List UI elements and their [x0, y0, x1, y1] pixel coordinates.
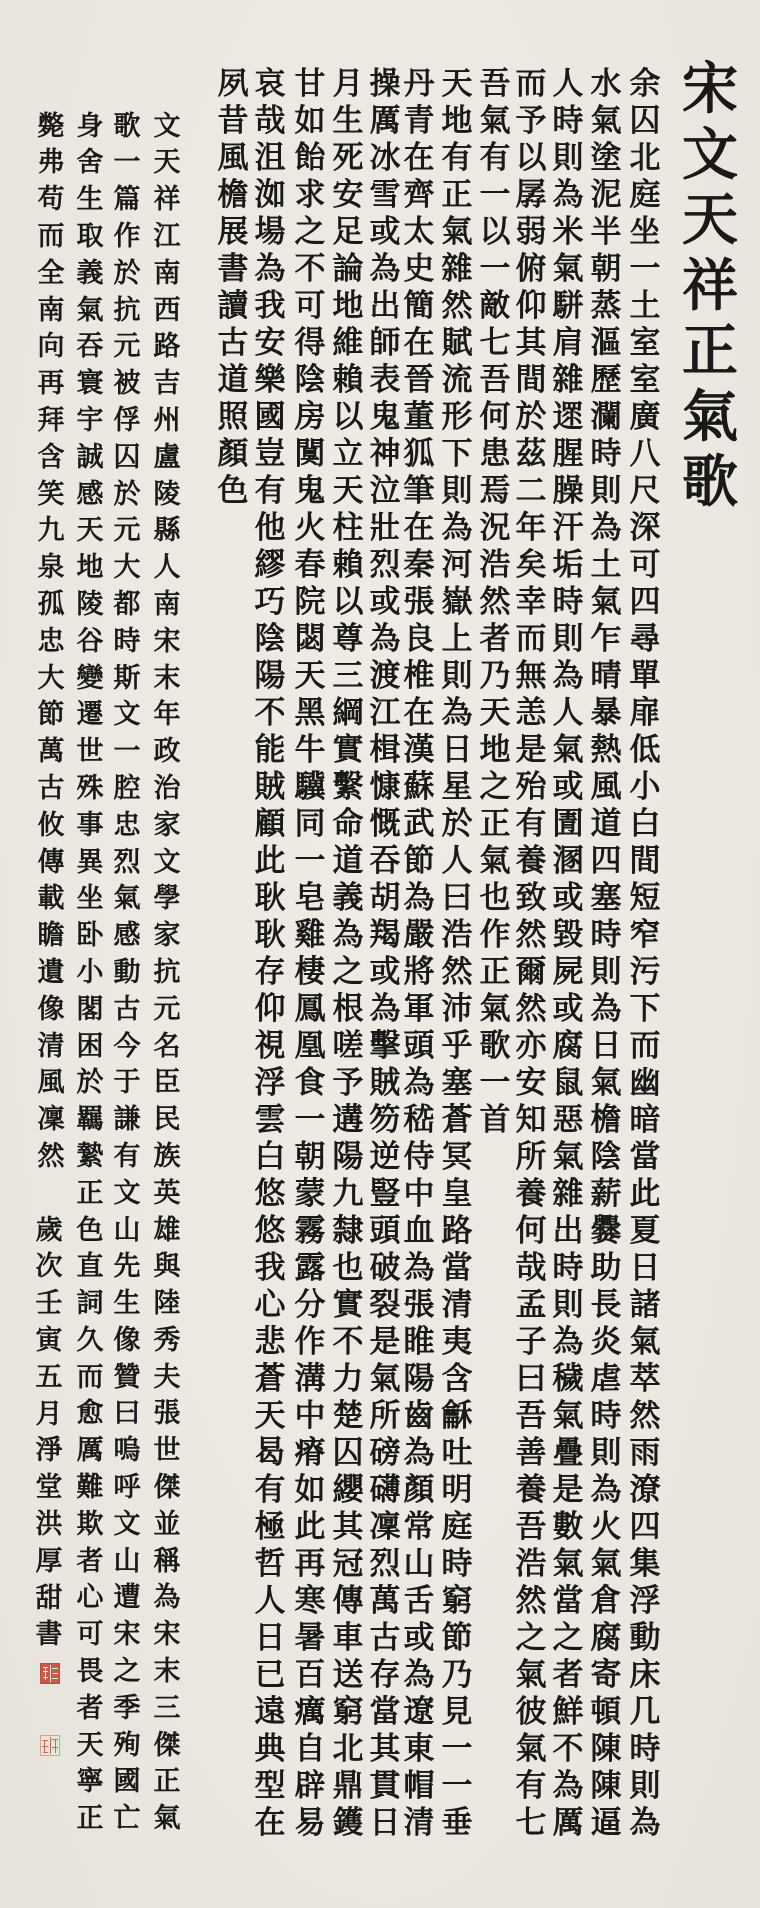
- character: 治: [149, 771, 185, 808]
- character: 氣: [550, 1139, 586, 1176]
- character: 蒸: [588, 288, 624, 325]
- character: 夫: [149, 1360, 185, 1397]
- character: 為: [401, 880, 437, 917]
- character: 師: [367, 325, 403, 362]
- character: 實: [330, 732, 366, 769]
- preface-column: 而予以孱弱俯仰其間於茲二年矣幸而無恙是殆有養致然爾然亦安知所養何哉孟子曰吾善養吾…: [513, 66, 549, 1842]
- character: 逆: [367, 1139, 403, 1176]
- character: 畏: [72, 1654, 108, 1691]
- character: 則: [588, 954, 624, 991]
- character: 驥: [292, 769, 328, 806]
- character: 五: [31, 1360, 67, 1397]
- character: 臊: [550, 473, 586, 510]
- character: 次: [31, 1249, 67, 1286]
- character: 歌: [477, 1028, 513, 1065]
- character: 拜: [33, 403, 69, 440]
- character: 之: [477, 769, 513, 806]
- character: 季: [109, 1691, 145, 1728]
- character: 垂: [439, 1805, 475, 1842]
- character: 卧: [72, 918, 108, 955]
- character: 我: [252, 1250, 288, 1287]
- character: 流: [439, 362, 475, 399]
- character: 我: [252, 288, 288, 325]
- character: 視: [252, 1028, 288, 1065]
- character: 氣: [550, 1398, 586, 1435]
- character: 夷: [439, 1324, 475, 1361]
- character: 庭: [439, 1509, 475, 1546]
- character: 鳳: [292, 991, 328, 1028]
- character: 磅: [367, 1435, 403, 1472]
- character: 冠: [330, 1546, 366, 1583]
- character: 礴: [367, 1472, 403, 1509]
- character: 政: [149, 734, 185, 771]
- character: 像: [33, 992, 69, 1029]
- character: 謙: [109, 1102, 145, 1139]
- character: 何: [513, 1213, 549, 1250]
- character: 作: [292, 1324, 328, 1361]
- character: 氣: [477, 843, 513, 880]
- character: 遷: [72, 697, 108, 734]
- character: 之: [109, 1654, 145, 1691]
- character: 於: [513, 399, 549, 436]
- character: 窄: [627, 917, 663, 954]
- character: 讀: [215, 288, 251, 325]
- character: 烈: [367, 1546, 403, 1583]
- character: 四: [588, 843, 624, 880]
- character: 山: [401, 1546, 437, 1583]
- character: 曰: [513, 1361, 549, 1398]
- character: 几: [627, 1694, 663, 1731]
- poem-column: 丹青在齊太史簡在晉董狐筆在秦張良椎在漢蘇武節為嚴將軍頭為嵇侍中血為張睢陽齒為顏常…: [401, 66, 437, 1842]
- character: 然: [513, 1583, 549, 1620]
- character: 全: [33, 256, 69, 293]
- character: 風: [33, 1065, 69, 1102]
- character: 典: [252, 1731, 288, 1768]
- character: 舌: [401, 1583, 437, 1620]
- character: 朝: [292, 1139, 328, 1176]
- character: 則: [588, 473, 624, 510]
- character: 八: [627, 436, 663, 473]
- character: 中: [292, 1398, 328, 1435]
- title-column: 宋文天祥正氣歌: [675, 57, 745, 516]
- character: 齊: [401, 177, 437, 214]
- character: 侍: [401, 1139, 437, 1176]
- character: 夙: [215, 66, 251, 103]
- character: 此: [627, 1176, 663, 1213]
- character: 南: [33, 293, 69, 330]
- character: 家: [149, 808, 185, 845]
- character: 動: [627, 1620, 663, 1657]
- character: 遘: [330, 1102, 366, 1139]
- character: 得: [292, 325, 328, 362]
- character: 溷: [550, 843, 586, 880]
- character: 火: [292, 510, 328, 547]
- character: 惡: [550, 1102, 586, 1139]
- character: 二: [513, 473, 549, 510]
- character: 有: [252, 1472, 288, 1509]
- character: 陰: [588, 1139, 624, 1176]
- character: 英: [149, 1176, 185, 1213]
- character: 不: [252, 695, 288, 732]
- character: 日: [588, 1028, 624, 1065]
- character: 所: [513, 1139, 549, 1176]
- character: 黑: [292, 695, 328, 732]
- character: 北: [627, 140, 663, 177]
- character: 秦: [401, 547, 437, 584]
- character: 為: [401, 1435, 437, 1472]
- character: 安: [513, 1065, 549, 1102]
- character: 文: [109, 1176, 145, 1213]
- character: 山: [109, 1213, 145, 1250]
- character: 豈: [252, 436, 288, 473]
- character: 三: [330, 658, 366, 695]
- character: 者: [72, 1544, 108, 1581]
- character: 嶽: [439, 584, 475, 621]
- character: 洳: [252, 177, 288, 214]
- character: 文: [675, 123, 745, 189]
- character: 路: [149, 329, 185, 366]
- character: 地: [72, 550, 108, 587]
- character: 色: [72, 1213, 108, 1250]
- character: 生: [109, 1286, 145, 1323]
- character: 義: [330, 880, 366, 917]
- character: 曰: [109, 1396, 145, 1433]
- character: 坐: [72, 881, 108, 918]
- character: 篇: [109, 182, 145, 219]
- character: 薪: [588, 1176, 624, 1213]
- character: 低: [627, 732, 663, 769]
- character: 也: [477, 880, 513, 917]
- character: 元: [149, 992, 185, 1029]
- character: 斯: [109, 661, 145, 698]
- character: 陵: [149, 477, 185, 514]
- character: 土: [588, 547, 624, 584]
- character: 型: [252, 1768, 288, 1805]
- character: 賊: [367, 1065, 403, 1102]
- character: 洪: [31, 1507, 67, 1544]
- character: 亦: [513, 1028, 549, 1065]
- character: 浩: [439, 917, 475, 954]
- character: 陳: [588, 1768, 624, 1805]
- character: 而: [72, 1360, 108, 1397]
- character: 照: [215, 399, 251, 436]
- character: 七: [513, 1805, 549, 1842]
- character: 直: [72, 1249, 108, 1286]
- character: 予: [330, 1065, 366, 1102]
- character: 中: [401, 1176, 437, 1213]
- character: 疊: [550, 1435, 586, 1472]
- character: 之: [292, 214, 328, 251]
- character: 歷: [588, 362, 624, 399]
- character: 頭: [367, 1213, 403, 1250]
- character: 久: [72, 1323, 108, 1360]
- character: 人: [439, 843, 475, 880]
- character: 送: [330, 1657, 366, 1694]
- character: 悠: [252, 1176, 288, 1213]
- character: 宋: [149, 624, 185, 661]
- character: 古: [215, 325, 251, 362]
- character: 先: [109, 1249, 145, 1286]
- character: 命: [330, 806, 366, 843]
- inscription-column: 身舍生取義氣吞寰宇誠感天地陵谷變遷世殊事異坐卧小閣困於羈縶正色直詞久而愈厲難欺者…: [72, 109, 108, 1838]
- character: 水: [588, 66, 624, 103]
- character: 浮: [252, 1065, 288, 1102]
- character: 不: [550, 1731, 586, 1768]
- character: 為: [550, 1324, 586, 1361]
- character: 曷: [252, 1435, 288, 1472]
- character: 頓: [588, 1694, 624, 1731]
- character: 慨: [367, 806, 403, 843]
- character: 見: [439, 1694, 475, 1731]
- character: 日: [252, 1620, 288, 1657]
- character: 助: [588, 1250, 624, 1287]
- character: 操: [367, 66, 403, 103]
- character: 是: [550, 1472, 586, 1509]
- character: 破: [367, 1250, 403, 1287]
- character: 尺: [627, 473, 663, 510]
- character: 俘: [109, 403, 145, 440]
- character: 悠: [252, 1213, 288, 1250]
- character: 縶: [72, 1139, 108, 1176]
- character: 漢: [401, 732, 437, 769]
- character: 傳: [33, 845, 69, 882]
- character: 貫: [367, 1768, 403, 1805]
- character: 氣: [367, 1361, 403, 1398]
- character: 瘠: [292, 1435, 328, 1472]
- character: 被: [109, 366, 145, 403]
- character: 厚: [31, 1544, 67, 1581]
- character: 雞: [292, 917, 328, 954]
- character: 宋: [109, 1617, 145, 1654]
- character: 辟: [292, 1768, 328, 1805]
- character: 可: [72, 1617, 108, 1654]
- character: 駢: [550, 288, 586, 325]
- character: 諸: [627, 1287, 663, 1324]
- character: 抗: [149, 955, 185, 992]
- character: 易: [292, 1805, 328, 1842]
- character: 浩: [513, 1546, 549, 1583]
- character: 氣: [72, 293, 108, 330]
- character: 倉: [588, 1583, 624, 1620]
- character: 溝: [292, 1361, 328, 1398]
- character: 況: [477, 510, 513, 547]
- character: 虐: [588, 1361, 624, 1398]
- character: 院: [292, 584, 328, 621]
- character: 同: [292, 806, 328, 843]
- character: 氣: [588, 1546, 624, 1583]
- character: 四: [627, 1509, 663, 1546]
- character: 實: [330, 1287, 366, 1324]
- character: 乍: [588, 621, 624, 658]
- character: 都: [109, 587, 145, 624]
- character: 凜: [367, 1509, 403, 1546]
- character: 與: [149, 1249, 185, 1286]
- character: 國: [109, 1764, 145, 1801]
- character: 氣: [439, 214, 475, 251]
- character: 大: [33, 661, 69, 698]
- character: 尊: [330, 621, 366, 658]
- character: 雄: [149, 1213, 185, 1250]
- character: 繆: [252, 547, 288, 584]
- character: 炎: [588, 1324, 624, 1361]
- character: 何: [477, 399, 513, 436]
- character: 傑: [149, 1470, 185, 1507]
- character: 椎: [401, 658, 437, 695]
- character: 時: [627, 1731, 663, 1768]
- character: 風: [215, 140, 251, 177]
- character: 胡: [367, 880, 403, 917]
- character: 有: [109, 1139, 145, 1176]
- character: 賴: [330, 362, 366, 399]
- character: 爨: [588, 1213, 624, 1250]
- character: 哉: [513, 1250, 549, 1287]
- character: 張: [401, 1287, 437, 1324]
- seal-stamp-icon: [40, 1735, 60, 1756]
- signature-column: 歲次壬寅五月淨堂洪厚甜書: [31, 1213, 67, 1655]
- character: 臣: [149, 1065, 185, 1102]
- character: 自: [292, 1731, 328, 1768]
- character: 氣: [477, 103, 513, 140]
- character: 為: [367, 251, 403, 288]
- character: 一: [109, 145, 145, 182]
- character: 腥: [550, 436, 586, 473]
- character: 可: [627, 547, 663, 584]
- character: 星: [439, 769, 475, 806]
- character: 一: [292, 843, 328, 880]
- character: 養: [513, 1176, 549, 1213]
- character: 路: [439, 1213, 475, 1250]
- character: 安: [330, 177, 366, 214]
- character: 為: [439, 695, 475, 732]
- character: 神: [367, 436, 403, 473]
- character: 文: [109, 697, 145, 734]
- character: 忠: [109, 808, 145, 845]
- character: 浮: [627, 1583, 663, 1620]
- character: 孤: [33, 587, 69, 624]
- character: 堂: [31, 1470, 67, 1507]
- character: 陰: [252, 621, 288, 658]
- character: 也: [330, 1250, 366, 1287]
- character: 下: [439, 436, 475, 473]
- character: 矣: [513, 547, 549, 584]
- character: 於: [109, 256, 145, 293]
- character: 天: [330, 473, 366, 510]
- character: 蘇: [401, 769, 437, 806]
- character: 之: [550, 1620, 586, 1657]
- character: 民: [149, 1102, 185, 1139]
- character: 困: [72, 1029, 108, 1066]
- character: 吞: [367, 843, 403, 880]
- character: 州: [149, 403, 185, 440]
- character: 哲: [252, 1546, 288, 1583]
- character: 學: [149, 881, 185, 918]
- character: 足: [330, 214, 366, 251]
- character: 形: [439, 399, 475, 436]
- character: 年: [513, 510, 549, 547]
- character: 太: [401, 214, 437, 251]
- character: 柱: [330, 510, 366, 547]
- character: 吾: [477, 66, 513, 103]
- character: 蒙: [292, 1176, 328, 1213]
- character: 皂: [292, 880, 328, 917]
- character: 是: [513, 732, 549, 769]
- character: 節: [33, 697, 69, 734]
- character: 數: [550, 1509, 586, 1546]
- character: 於: [72, 1065, 108, 1102]
- character: 為: [252, 251, 288, 288]
- character: 哀: [252, 66, 288, 103]
- character: 米: [550, 214, 586, 251]
- character: 嗚: [109, 1433, 145, 1470]
- character: 江: [149, 219, 185, 256]
- character: 月: [31, 1397, 67, 1434]
- character: 牛: [292, 732, 328, 769]
- poem-column: 天地有正氣雜然賦流形下則為河嶽上則為日星於人曰浩然沛乎塞蒼冥皇路當清夷含龢吐明庭…: [439, 66, 475, 1842]
- character: 清: [439, 1287, 475, 1324]
- character: 維: [330, 325, 366, 362]
- character: 皇: [439, 1176, 475, 1213]
- character: 窮: [439, 1583, 475, 1620]
- character: 隸: [330, 1213, 366, 1250]
- character: 狐: [401, 436, 437, 473]
- character: 或: [401, 1620, 437, 1657]
- character: 南: [149, 587, 185, 624]
- character: 然: [439, 288, 475, 325]
- character: 遺: [33, 955, 69, 992]
- preface-column: 水氣塗泥半朝蒸漚歷瀾時則為土氣乍晴暴熱風道四塞時則為日氣檐陰薪爨助長炎虐時則為火…: [588, 66, 624, 1842]
- character: 氣: [109, 881, 145, 918]
- character: 道: [330, 843, 366, 880]
- character: 簡: [401, 288, 437, 325]
- character: 有: [439, 140, 475, 177]
- character: 為: [401, 1065, 437, 1102]
- character: 立: [330, 436, 366, 473]
- character: 塗: [588, 140, 624, 177]
- character: 孱: [513, 177, 549, 214]
- character: 暗: [627, 1102, 663, 1139]
- character: 養: [513, 843, 549, 880]
- character: 宇: [72, 403, 108, 440]
- character: 長: [588, 1287, 624, 1324]
- character: 斃: [33, 109, 69, 146]
- character: 楫: [367, 732, 403, 769]
- character: 陸: [149, 1286, 185, 1323]
- character: 正: [72, 1176, 108, 1213]
- character: 南: [149, 256, 185, 293]
- character: 正: [72, 1801, 108, 1838]
- character: 死: [330, 140, 366, 177]
- character: 地: [330, 288, 366, 325]
- character: 而: [513, 621, 549, 658]
- character: 武: [401, 806, 437, 843]
- character: 鑊: [330, 1805, 366, 1842]
- character: 節: [439, 1620, 475, 1657]
- character: 或: [550, 991, 586, 1028]
- character: 大: [109, 550, 145, 587]
- character: 生: [72, 182, 108, 219]
- character: 氣: [588, 584, 624, 621]
- character: 心: [72, 1580, 108, 1617]
- character: 身: [72, 109, 108, 146]
- character: 者: [477, 621, 513, 658]
- character: 甜: [31, 1581, 67, 1618]
- character: 天: [149, 145, 185, 182]
- character: 綱: [330, 695, 366, 732]
- character: 張: [149, 1396, 185, 1433]
- character: 道: [215, 362, 251, 399]
- character: 鼠: [550, 1065, 586, 1102]
- character: 賊: [252, 769, 288, 806]
